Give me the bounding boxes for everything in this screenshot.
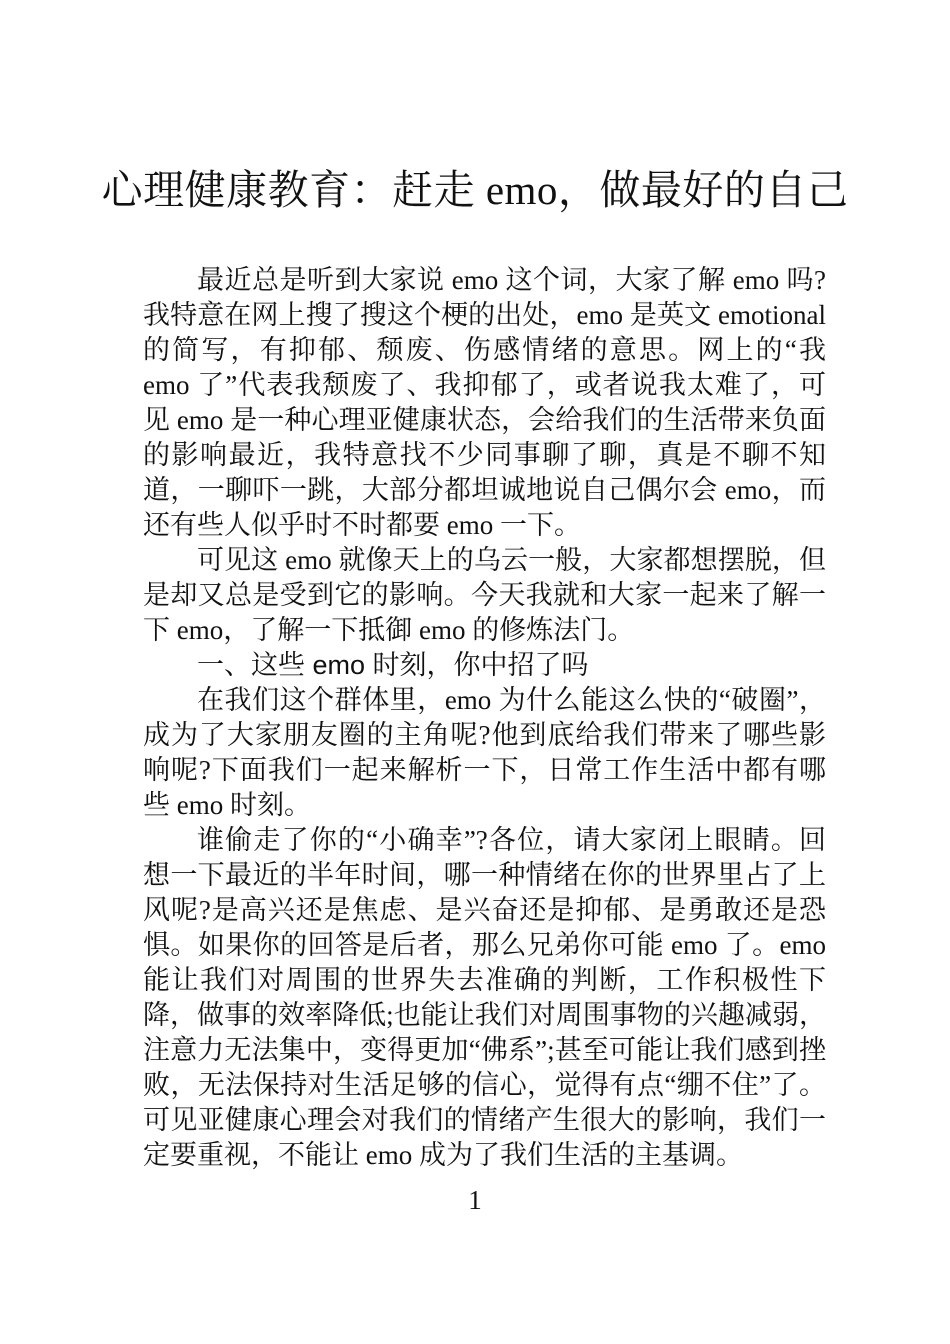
paragraph: 在我们这个群体里，emo 为什么能这么快的“破圈”，成为了大家朋友圈的主角呢?他… <box>143 683 826 823</box>
document-body: 最近总是听到大家说 emo 这个词，大家了解 emo 吗?我特意在网上搜了搜这个… <box>143 263 826 1173</box>
section-heading: 一、这些 emo 时刻，你中招了吗 <box>143 648 826 683</box>
document-page: 心理健康教育：赶走 emo，做最好的自己 最近总是听到大家说 emo 这个词，大… <box>0 0 950 1344</box>
page-number: 1 <box>0 1185 950 1216</box>
paragraph: 可见这 emo 就像天上的乌云一般，大家都想摆脱，但是却又总是受到它的影响。今天… <box>143 543 826 648</box>
paragraph: 最近总是听到大家说 emo 这个词，大家了解 emo 吗?我特意在网上搜了搜这个… <box>143 263 826 543</box>
document-title: 心理健康教育：赶走 emo，做最好的自己 <box>0 0 950 215</box>
paragraph: 谁偷走了你的“小确幸”?各位，请大家闭上眼睛。回想一下最近的半年时间，哪一种情绪… <box>143 823 826 1173</box>
